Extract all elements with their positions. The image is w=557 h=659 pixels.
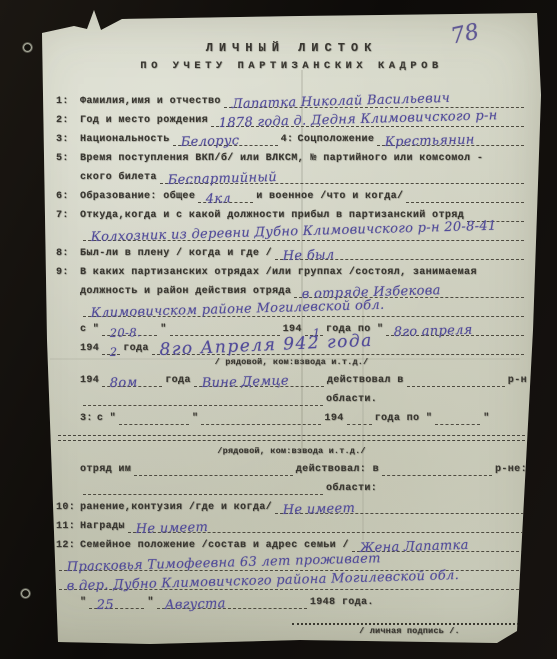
field-number: 11:: [56, 521, 80, 533]
field-number: 3:: [80, 413, 93, 425]
field-detachments-row-2: должность и район действия отряда в отря…: [80, 279, 527, 298]
fill-line: 25: [89, 596, 144, 609]
field-number: 4:: [281, 134, 294, 146]
field-number: 5:: [56, 153, 80, 165]
fill-line: [467, 209, 524, 222]
fill-line: 8ом: [102, 374, 162, 387]
service-period-row: с " 20-8. " 194 1 года по " 8го апреля: [80, 317, 527, 336]
year-prefix: 194: [80, 343, 99, 355]
field-label: Время поступления ВКП/б/ или ВЛКСМ, № па…: [80, 153, 483, 165]
field-label: В каких партизанских отрядах /или группа…: [80, 267, 477, 279]
separator-row: [56, 425, 527, 444]
field-label: ского билета: [80, 172, 157, 184]
fill-line: [407, 374, 505, 387]
field-label: Фамилия,имя и отчество: [80, 96, 221, 108]
year-word: года: [165, 375, 191, 387]
fill-line: Прасковья Тимофеевна 63 лет проживает: [59, 558, 524, 571]
fill-line: Не имеет: [128, 520, 524, 533]
fill-line: [134, 463, 293, 476]
field-number: 7:: [56, 210, 80, 222]
fill-line: [347, 412, 372, 425]
handwritten-month: Августа: [164, 596, 225, 613]
field-number: 9:: [56, 267, 80, 279]
period-mid: действовал в: [327, 375, 404, 387]
fill-line: в дер. Дубно Климовичского района Могиле…: [59, 577, 524, 590]
field-label: Образование: общее: [80, 191, 195, 203]
field-label: Соцположение: [297, 134, 374, 146]
field-label: и военное /что и когда/: [256, 191, 403, 203]
fill-line: Колхозник из деревни Дубно Климовичского…: [83, 228, 524, 241]
field-origin-row-2: Колхозник из деревни Дубно Климовичского…: [80, 222, 527, 241]
hole-punch: [20, 588, 31, 599]
rank-caption: /рядовой, ком:взвода и.т.д./: [217, 447, 365, 457]
period-mid: года по ": [326, 324, 384, 336]
field-detachments-row: 9: В каких партизанских отрядах /или гру…: [56, 260, 527, 279]
year-label: 1948 года.: [310, 597, 374, 609]
fill-line: 2: [102, 342, 120, 355]
fill-line: 1: [305, 323, 323, 336]
service-period2-row: 194 8ом года Вине Демце действовал в р-н: [80, 368, 527, 387]
field-family-row-3: в дер. Дубно Климовичского района Могиле…: [56, 571, 527, 590]
field-party-row-2: ского билета Беспартийный: [80, 165, 527, 184]
year-prefix: 194: [283, 324, 302, 336]
field-number: 6:: [56, 191, 80, 203]
fill-line: Вине Демце: [194, 374, 324, 387]
rank-caption-row-2: /рядовой, ком:взвода и.т.д./: [56, 444, 527, 457]
detachment-label: отряд им: [80, 464, 131, 476]
dashed-separator: [58, 435, 525, 441]
field-detachments-row-3: Климовичском районе Могилевской обл.: [80, 298, 527, 317]
field-family-row: 12: Семейное положение /состав и адрес с…: [56, 533, 527, 552]
field-label: должность и район действия отряда: [80, 286, 291, 298]
field-party-row: 5: Время поступления ВКП/б/ или ВЛКСМ, №…: [56, 146, 527, 165]
field-label: ранение,контузия /где и когда/: [80, 502, 272, 514]
field-family-row-2: Прасковья Тимофеевна 63 лет проживает: [56, 552, 527, 571]
year-word: года: [123, 343, 149, 355]
fill-line: 8го апреля: [386, 323, 524, 336]
field-awards-row: 11: Награды Не имеет: [56, 514, 527, 533]
oblast-label: области:: [326, 483, 377, 495]
fill-line: [83, 393, 323, 406]
fill-line: Жена Лапатка: [352, 539, 524, 552]
fill-line: Крестьянин: [377, 133, 524, 146]
field-education-row: 6: Образование: общее 4кл и военное /что…: [56, 184, 527, 203]
fill-line: Климовичском районе Могилевской обл.: [83, 304, 524, 317]
field-number: 1:: [56, 96, 80, 108]
fill-line: [435, 412, 480, 425]
field-label: Был-ли в плену / когда и где /: [80, 248, 272, 260]
field-birth-row: 2: Год и место рождения 1878 года д. Дед…: [56, 108, 527, 127]
scanned-document: ЛИЧНЫЙ ЛИСТОК ПО УЧЕТУ ПАРТИЗАНСКИХ КАДР…: [0, 0, 557, 659]
rank-caption-row: / рядовой, ком:взвода и.т.д./: [56, 355, 527, 368]
fill-line: [83, 482, 323, 495]
field-number: 8:: [56, 248, 80, 260]
fill-line: [406, 190, 524, 203]
fill-line: Августа: [157, 596, 307, 609]
field-nationality-row: 3: Национальность Белорус 4: Соцположени…: [56, 127, 527, 146]
oblast-row-2: области:: [80, 476, 527, 495]
oblast-row: области.: [80, 387, 527, 406]
detachment-label: действовал: в: [296, 464, 379, 476]
signature-dotted-line: [292, 615, 527, 625]
period-prefix: с ": [80, 324, 99, 336]
oblast-label: области.: [326, 394, 377, 406]
hole-punch: [22, 42, 33, 53]
detachment-label: р-не:: [495, 464, 527, 476]
quote-mark: ": [80, 597, 86, 609]
field-origin-row: 7: Откуда,когда и с какой должности приб…: [56, 203, 527, 222]
service-period3-row: 3: с " " 194 года по " ": [80, 406, 527, 425]
quote-mark: ": [147, 597, 153, 609]
form-title-line2: ПО УЧЕТУ ПАРТИЗАНСКИХ КАДРОВ: [56, 60, 527, 72]
fill-line: [170, 323, 280, 336]
form-content: ЛИЧНЫЙ ЛИСТОК ПО УЧЕТУ ПАРТИЗАНСКИХ КАДР…: [56, 34, 527, 637]
period-mid: года по ": [375, 413, 433, 425]
detachment-row: отряд им действовал: в р-не:: [80, 457, 527, 476]
fill-line: в отряде Избекова: [294, 285, 524, 298]
handwritten-day: 25: [97, 597, 115, 612]
field-wounds-row: 10: ранение,контузия /где и когда/ Не им…: [56, 495, 527, 514]
fill-line: 1878 года д. Дедня Климовичского р-н: [211, 114, 524, 127]
field-number: 12:: [56, 540, 80, 552]
field-number: 10:: [56, 502, 80, 514]
fill-line: 4кл: [198, 190, 253, 203]
year-prefix: 194: [80, 375, 99, 387]
field-label: Откуда,когда и с какой должности прибыл …: [80, 210, 464, 222]
field-captivity-row: 8: Был-ли в плену / когда и где / Не был: [56, 241, 527, 260]
fill-line: Не был: [275, 247, 524, 260]
quote-mark: ": [192, 413, 198, 425]
fill-line: Не имеет: [275, 501, 524, 514]
fill-line: [119, 412, 189, 425]
quote-mark: ": [483, 413, 489, 425]
fill-line: [382, 463, 492, 476]
field-label: Семейное положение /состав и адрес семьи…: [80, 540, 349, 552]
field-label: Национальность: [80, 134, 170, 146]
year-prefix: 194: [324, 413, 343, 425]
field-number: 3:: [56, 134, 80, 146]
service-period-row-2: 194 2 года 8го Апреля 942 года: [80, 336, 527, 355]
quote-mark: ": [160, 324, 166, 336]
period-end: р-н: [508, 375, 527, 387]
period-prefix: с ": [97, 413, 116, 425]
fill-line: Белорус: [173, 133, 278, 146]
signature-caption: / личная подпись /.: [292, 627, 527, 637]
fill-line: 20-8.: [102, 323, 157, 336]
field-surname-row: 1: Фамилия,имя и отчество Лапатка Никола…: [56, 89, 527, 108]
fill-line: Беспартийный: [160, 171, 524, 184]
field-number: 2:: [56, 115, 80, 127]
fill-line: [201, 412, 321, 425]
field-label: Год и место рождения: [80, 115, 208, 127]
paper-sheet: ЛИЧНЫЙ ЛИСТОК ПО УЧЕТУ ПАРТИЗАНСКИХ КАДР…: [0, 0, 557, 659]
signature-block: / личная подпись /.: [292, 615, 527, 637]
date-row: " 25 " Августа 1948 года.: [80, 590, 527, 609]
rank-caption: / рядовой, ком:взвода и.т.д./: [215, 358, 369, 368]
fill-line: Лапатка Николай Васильевич: [224, 95, 524, 108]
fill-line: 8го Апреля 942 года: [152, 342, 524, 355]
field-label: Награды: [80, 521, 125, 533]
